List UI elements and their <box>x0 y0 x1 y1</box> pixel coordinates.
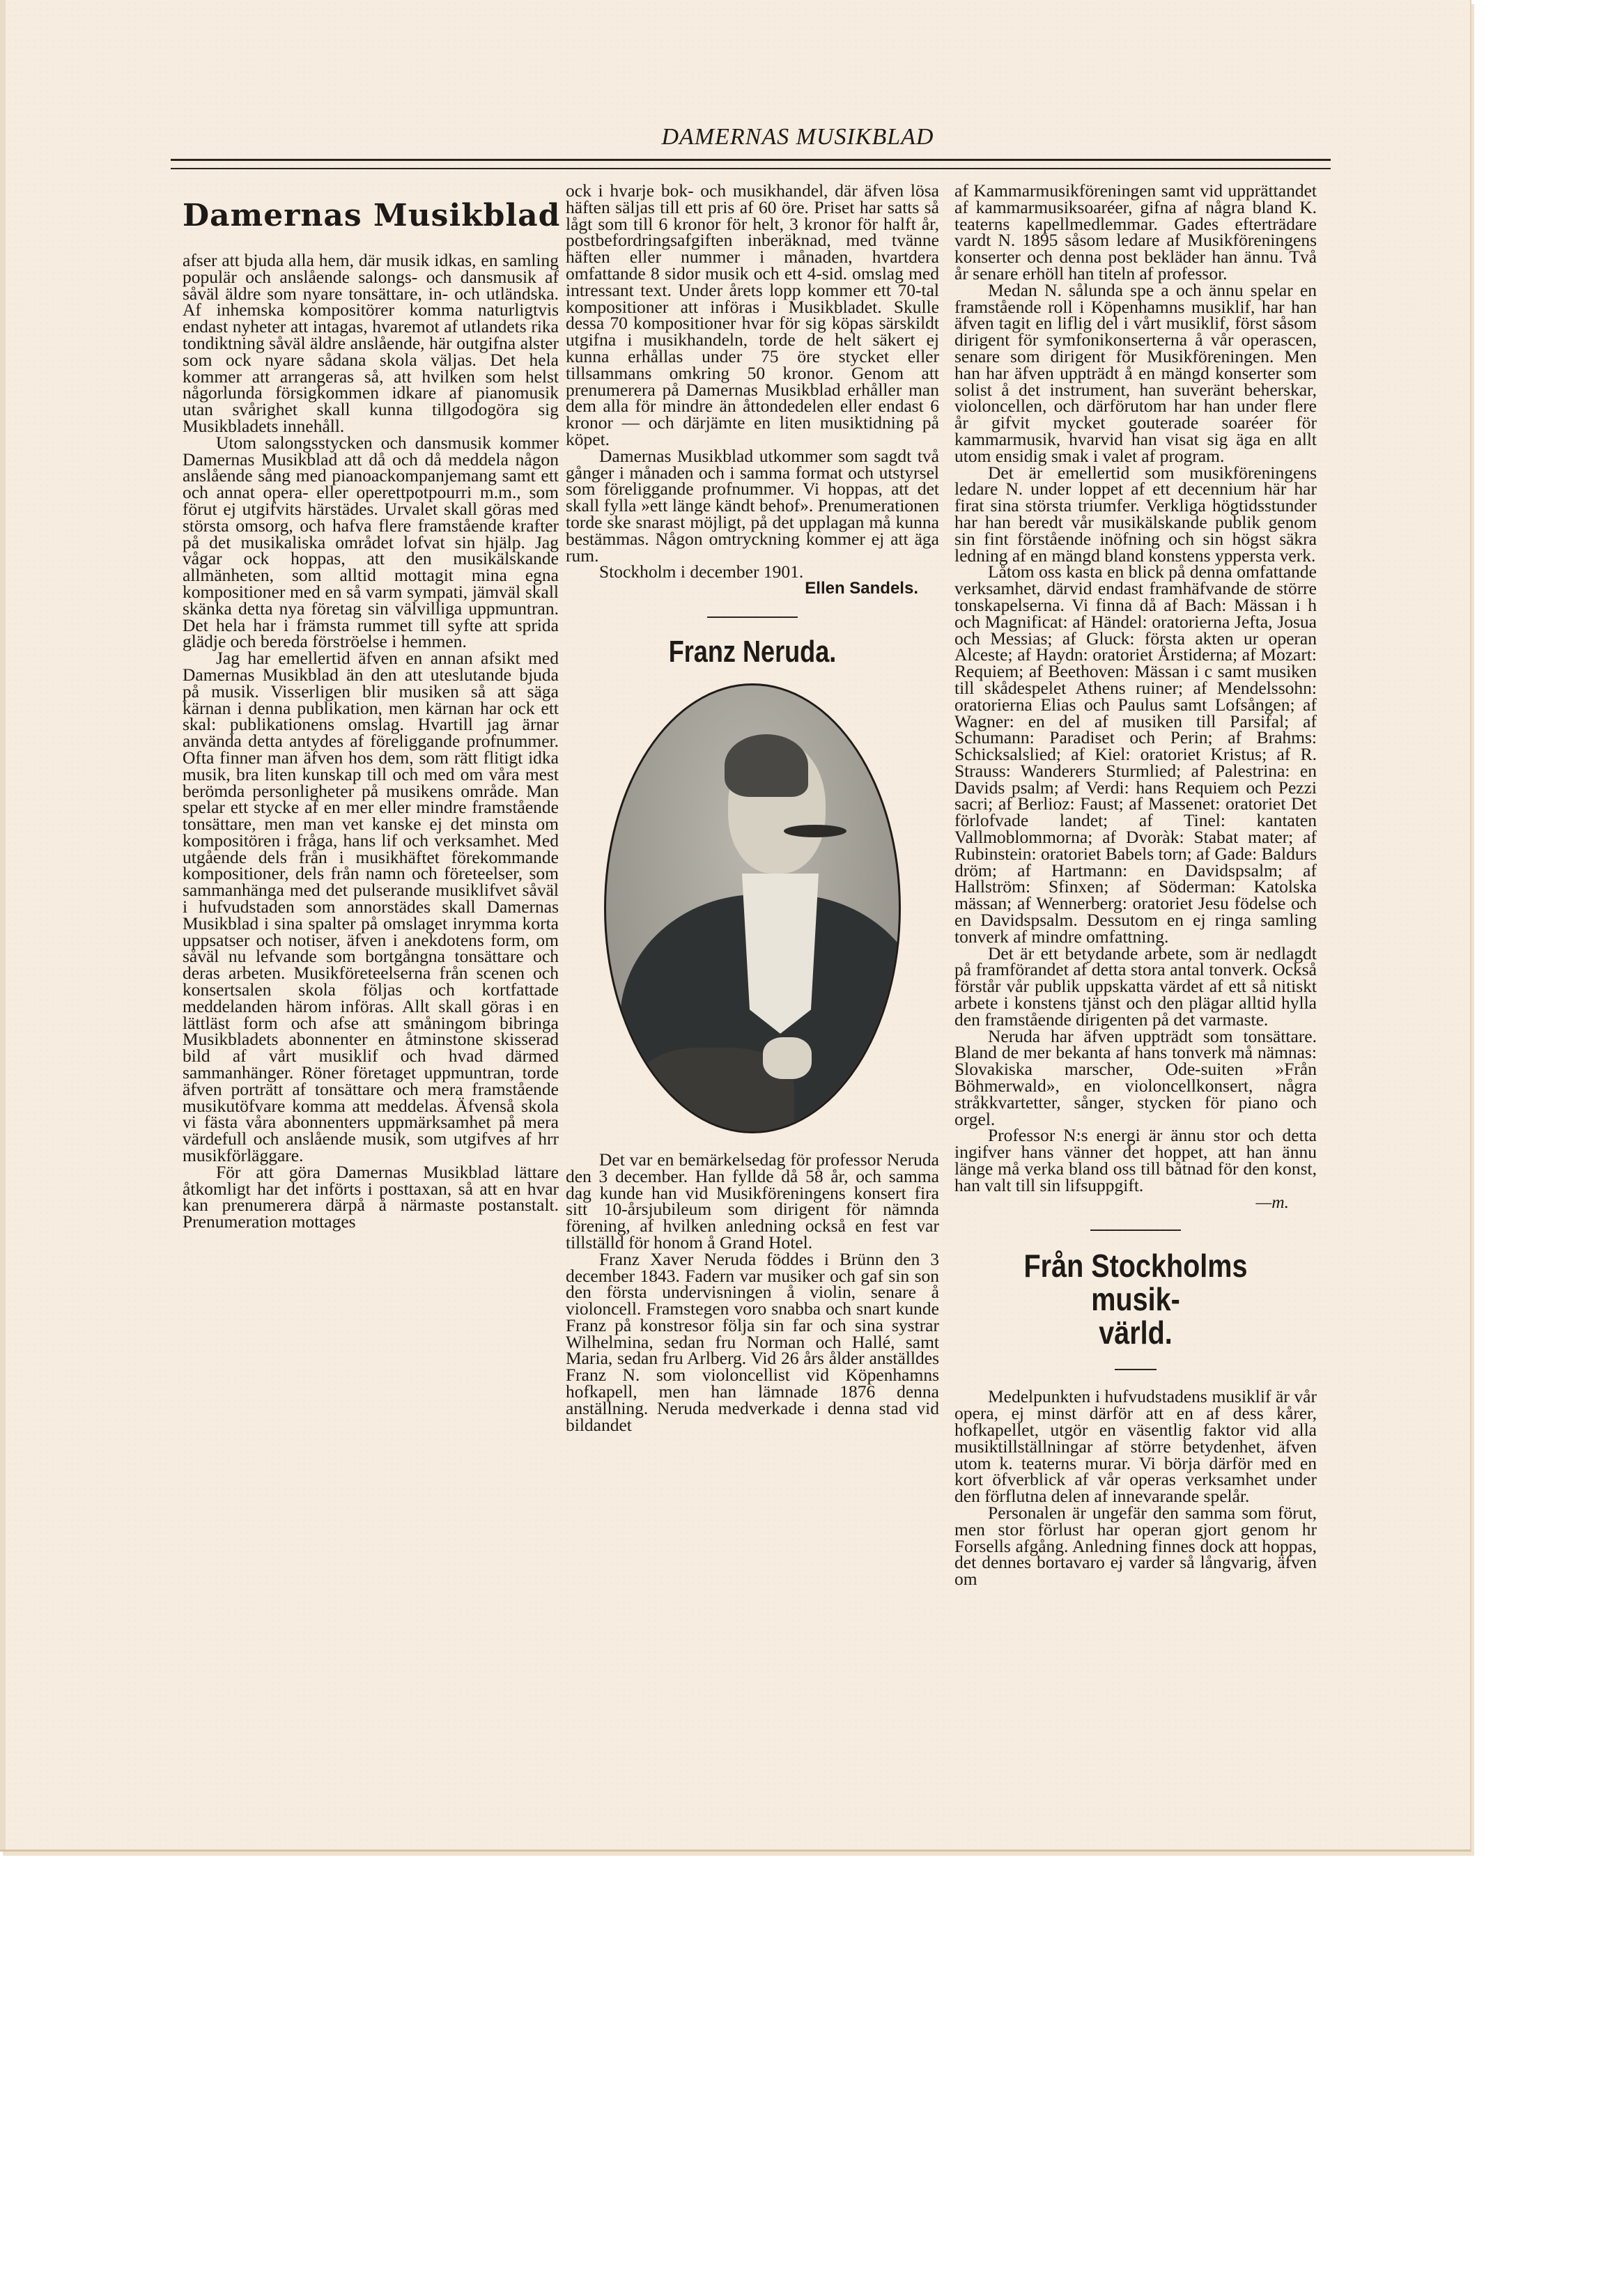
paragraph: Franz Xaver Neruda föddes i Brünn den 3 … <box>566 1251 939 1434</box>
article-title-neruda: Franz Neruda. <box>599 636 906 668</box>
dateline: Stockholm i december 1901. <box>566 564 939 580</box>
running-head-title: DAMERNAS MUSIKBLAD <box>661 124 934 150</box>
paragraph: Utom salongsstycken och dansmusik kommer… <box>183 435 559 650</box>
portrait-shirt <box>742 874 819 1034</box>
paragraph: Personalen är ungefär den samma som föru… <box>954 1505 1317 1588</box>
running-head: DAMERNAS MUSIKBLAD <box>0 124 1470 150</box>
paragraph: För att göra Damernas Musikblad lättare … <box>183 1164 559 1230</box>
portrait-image <box>604 683 901 1133</box>
paragraph: ock i hvarje bok- och musikhandel, där ä… <box>566 183 939 448</box>
article-title-stockholm-line2: värld. <box>980 1316 1291 1349</box>
paragraph: Jag har emellertid äfven en annan afsikt… <box>183 650 559 1164</box>
paragraph: Damernas Musikblad utkommer som sagdt tv… <box>566 448 939 564</box>
section-divider <box>1115 1369 1157 1370</box>
paragraph: Det är ett betydande arbete, som är nedl… <box>954 945 1317 1028</box>
masthead-title: Damernas Musikblad <box>183 195 559 237</box>
paragraph: Det är emellertid som musikföreningens l… <box>954 465 1317 564</box>
paragraph: af Kammarmusikföreningen samt vid upprät… <box>954 183 1317 282</box>
section-divider <box>1090 1230 1181 1231</box>
portrait-hand <box>763 1037 812 1079</box>
magazine-page: DAMERNAS MUSIKBLAD Damernas Musikblad af… <box>0 0 1471 1852</box>
author-mark: —m. <box>954 1194 1317 1211</box>
column-3: af Kammarmusikföreningen samt vid upprät… <box>954 183 1317 1588</box>
paragraph: Professor N:s energi är ännu stor och de… <box>954 1127 1317 1193</box>
paragraph: Det var en bemärkelsedag för professor N… <box>566 1151 939 1251</box>
paragraph: afser att bjuda alla hem, där musik idka… <box>183 252 559 435</box>
signature: Ellen Sandels. <box>566 580 939 597</box>
portrait-hair <box>725 734 808 797</box>
paragraph: Medan N. sålunda spe a och ännu spelar e… <box>954 282 1317 465</box>
paragraph: Låtom oss kasta en blick på denna omfatt… <box>954 564 1317 945</box>
paragraph: Medelpunkten i hufvudstadens musiklif är… <box>954 1388 1317 1505</box>
header-double-rule <box>171 159 1331 169</box>
section-divider <box>707 616 798 618</box>
portrait-mustache <box>784 825 846 837</box>
column-2: ock i hvarje bok- och musikhandel, där ä… <box>566 183 939 1433</box>
article-title-stockholm-line1: Från Stockholms musik- <box>980 1249 1291 1316</box>
column-1: Damernas Musikblad afser att bjuda alla … <box>183 183 559 1230</box>
paragraph: Neruda har äfven uppträdt som tonsättare… <box>954 1028 1317 1128</box>
